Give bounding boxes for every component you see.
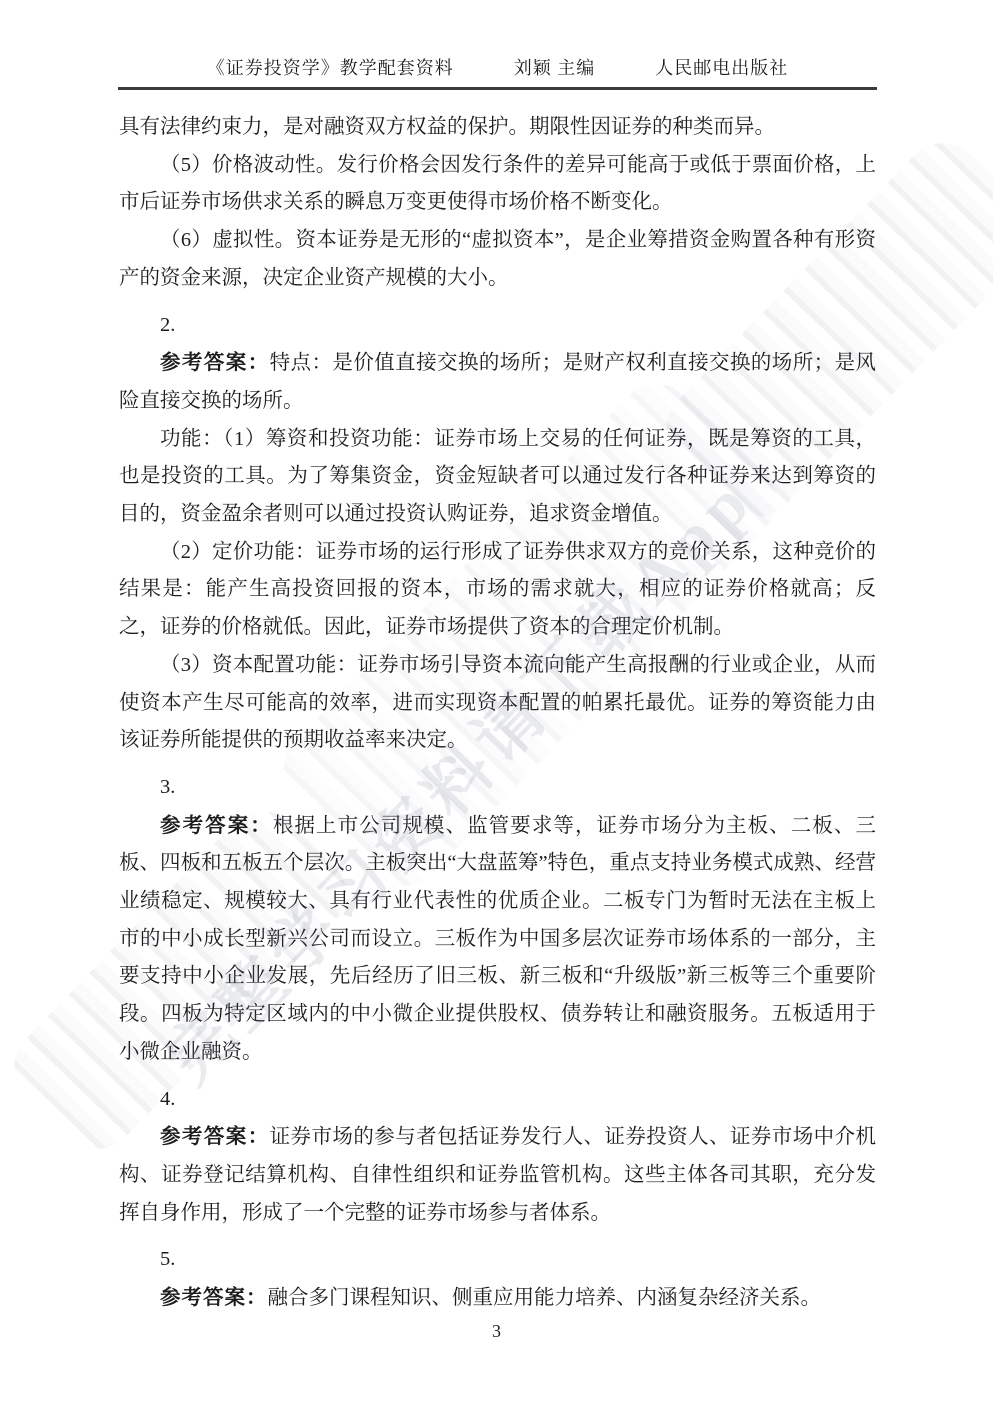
answer-label: 参考答案：: [160, 351, 270, 374]
paragraph: （5）价格波动性。发行价格会因发行条件的差异可能高于或低于票面价格，上市后证券市…: [119, 147, 876, 222]
body-text: 具有法律约束力，是对融资双方权益的保护。期限性因证券的种类而异。 （5）价格波动…: [119, 109, 876, 1318]
header-title: 《证券投资学》教学配套资料: [207, 54, 454, 80]
paragraph: （2）定价功能：证券市场的运行形成了证券供求双方的竞价关系，这种竞价的结果是：能…: [119, 534, 876, 647]
paragraph: （6）虚拟性。资本证券是无形的“虚拟资本”，是企业筹措资金购置各种有形资产的资金…: [119, 222, 876, 297]
paragraph: 参考答案：根据上市公司规模、监管要求等，证券市场分为主板、二板、三板、四板和五板…: [119, 807, 876, 1072]
answer-label: 参考答案：: [160, 1125, 270, 1148]
header-editor: 刘颖 主编: [514, 54, 596, 80]
answer-label: 参考答案：: [160, 814, 273, 837]
paragraph: 参考答案：证券市场的参与者包括证券发行人、证券投资人、证券市场中介机构、证券登记…: [119, 1118, 876, 1232]
question-number: 3.: [119, 769, 876, 807]
page-number: 3: [0, 1321, 993, 1342]
header-publisher: 人民邮电出版社: [655, 54, 788, 80]
question-number: 4.: [119, 1081, 876, 1119]
paragraph: 功能：（1）筹资和投资功能：证券市场上交易的任何证券，既是筹资的工具，也是投资的…: [119, 421, 876, 534]
document-page: 完整学习资料请下载App 《证券投资学》教学配套资料 刘颖 主编 人民邮电出版社…: [0, 0, 993, 1404]
paragraph: 参考答案：融合多门课程知识、侧重应用能力培养、内涵复杂经济关系。: [119, 1279, 876, 1318]
paragraph: 具有法律约束力，是对融资双方权益的保护。期限性因证券的种类而异。: [119, 109, 876, 147]
question-number: 2.: [119, 307, 876, 345]
question-number: 5.: [119, 1241, 876, 1279]
answer-label: 参考答案：: [160, 1286, 268, 1309]
paragraph: （3）资本配置功能：证券市场引导资本流向能产生高报酬的行业或企业，从而使资本产生…: [119, 647, 876, 760]
page-header: 《证券投资学》教学配套资料 刘颖 主编 人民邮电出版社: [118, 54, 877, 90]
paragraph: 参考答案：特点：是价值直接交换的场所；是财产权利直接交换的场所；是风险直接交换的…: [119, 344, 876, 420]
